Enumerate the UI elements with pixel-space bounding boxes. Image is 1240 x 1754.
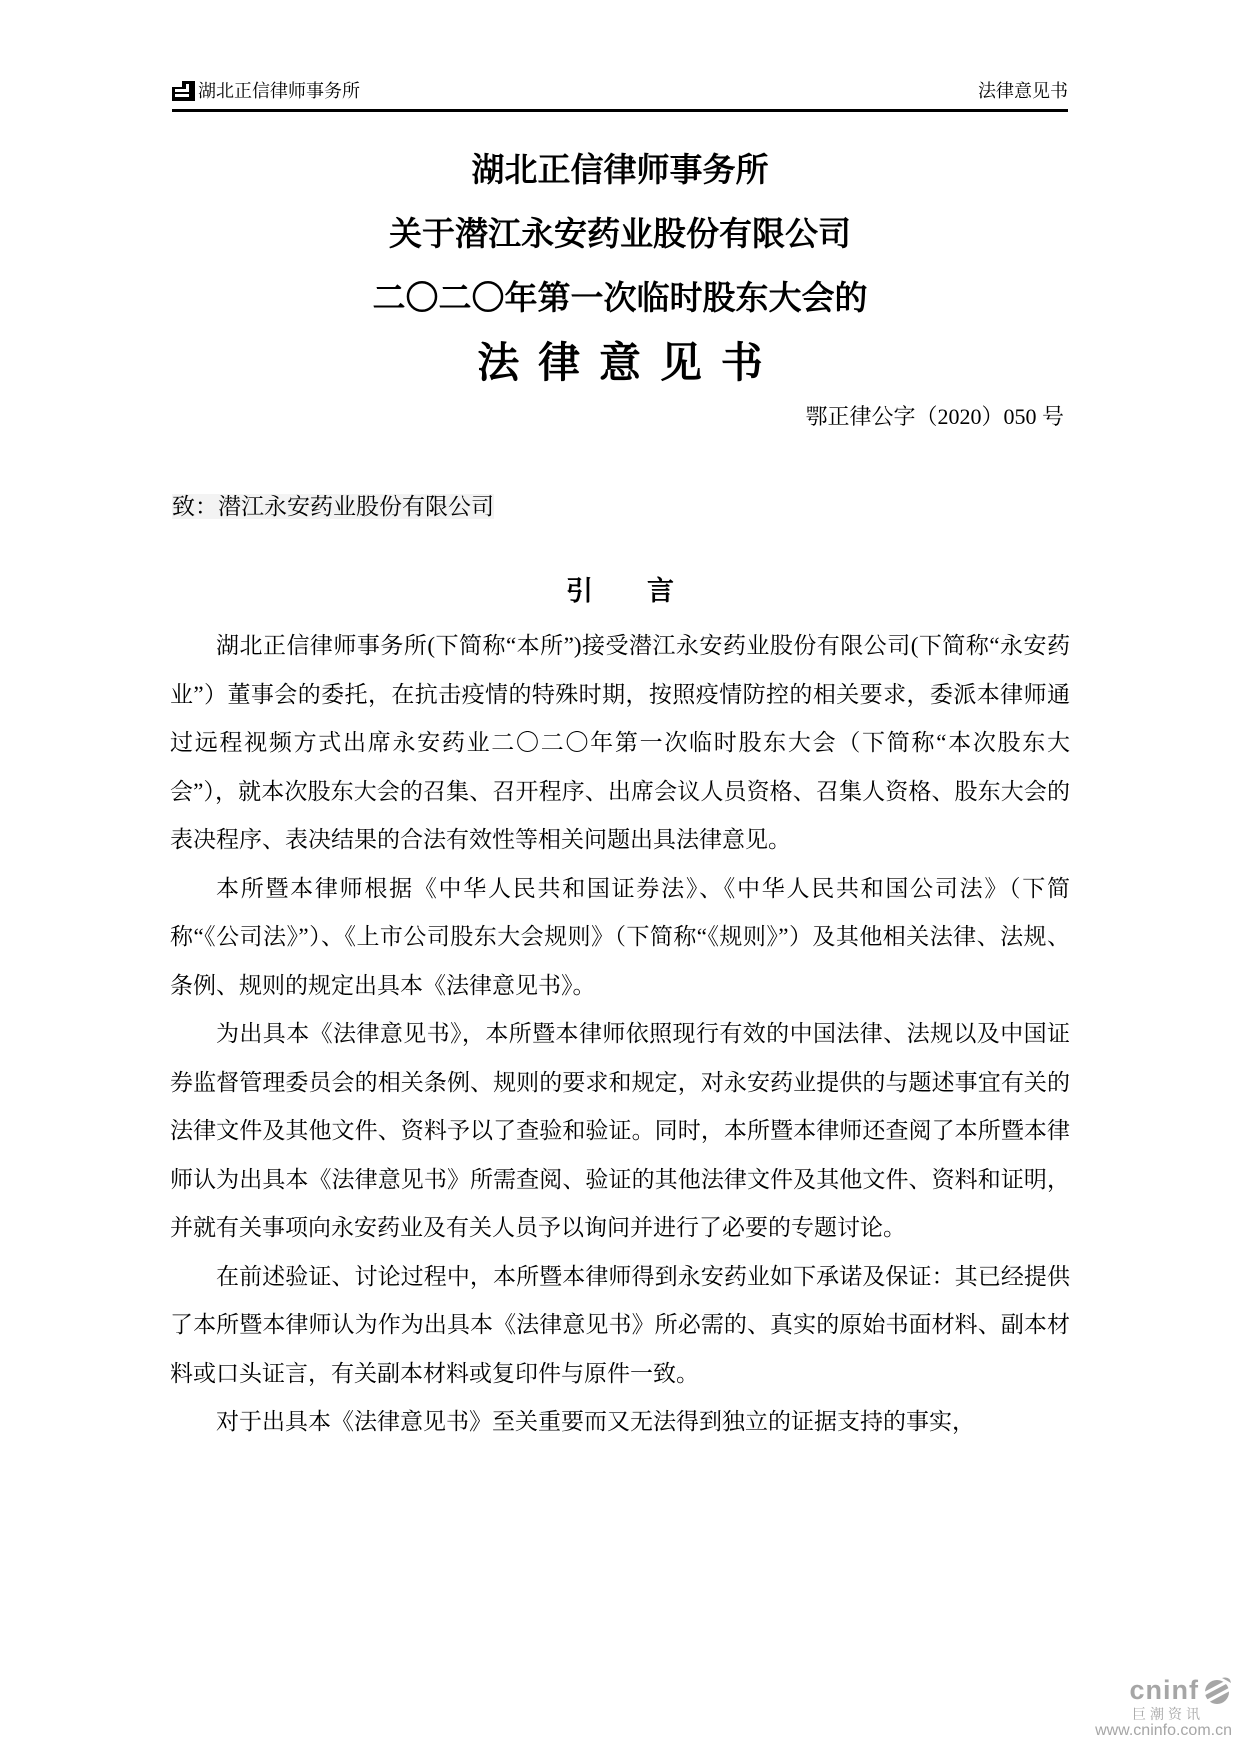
title-firm-line: 湖北正信律师事务所 xyxy=(0,138,1240,202)
paragraph: 为出具本《法律意见书》，本所暨本律师依照现行有效的中国法律、法规以及中国证券监督… xyxy=(170,1010,1070,1253)
title-meeting-line: 二〇二〇年第一次临时股东大会的 xyxy=(0,266,1240,330)
cninfo-logo-text: cninf xyxy=(1130,1676,1200,1704)
document-body: 湖北正信律师事务所(下简称“本所”)接受潜江永安药业股份有限公司(下简称“永安药… xyxy=(170,622,1070,1447)
cninfo-logo-row: cninf xyxy=(1095,1676,1232,1706)
paragraph: 对于出具本《法律意见书》至关重要而又无法得到独立的证据支持的事实， xyxy=(170,1398,1070,1447)
cninfo-watermark: cninf 巨潮资讯 www.cninfo.com.cn xyxy=(1095,1676,1232,1740)
firm-brand: 湖北正信律师事务所 xyxy=(172,80,360,102)
cninfo-url: www.cninfo.com.cn xyxy=(1095,1723,1232,1740)
addressee-text: 致：潜江永安药业股份有限公司 xyxy=(172,494,494,519)
law-firm-logo-icon xyxy=(172,80,196,102)
title-block: 湖北正信律师事务所 关于潜江永安药业股份有限公司 二〇二〇年第一次临时股东大会的… xyxy=(0,138,1240,392)
document-page: 湖北正信律师事务所 法律意见书 湖北正信律师事务所 关于潜江永安药业股份有限公司… xyxy=(0,0,1240,1754)
addressee-line: 致：潜江永安药业股份有限公司 xyxy=(172,490,1068,524)
document-main-title: 法律意见书 xyxy=(0,334,1240,392)
header-firm-name: 湖北正信律师事务所 xyxy=(198,80,360,102)
page-header: 湖北正信律师事务所 法律意见书 xyxy=(172,0,1068,112)
paragraph: 本所暨本律师根据《中华人民共和国证券法》、《中华人民共和国公司法》（下简称“《公… xyxy=(170,865,1070,1011)
cninfo-globe-icon xyxy=(1202,1676,1232,1706)
paragraph: 在前述验证、讨论过程中，本所暨本律师得到永安药业如下承诺及保证：其已经提供了本所… xyxy=(170,1253,1070,1399)
paragraph: 湖北正信律师事务所(下简称“本所”)接受潜江永安药业股份有限公司(下简称“永安药… xyxy=(170,622,1070,865)
section-heading-introduction: 引 言 xyxy=(0,574,1240,608)
title-company-line: 关于潜江永安药业股份有限公司 xyxy=(0,202,1240,266)
header-doc-type: 法律意见书 xyxy=(978,80,1068,102)
cninfo-site-name: 巨潮资讯 xyxy=(1095,1707,1204,1722)
document-reference-number: 鄂正律公字（2020）050 号 xyxy=(172,402,1064,432)
